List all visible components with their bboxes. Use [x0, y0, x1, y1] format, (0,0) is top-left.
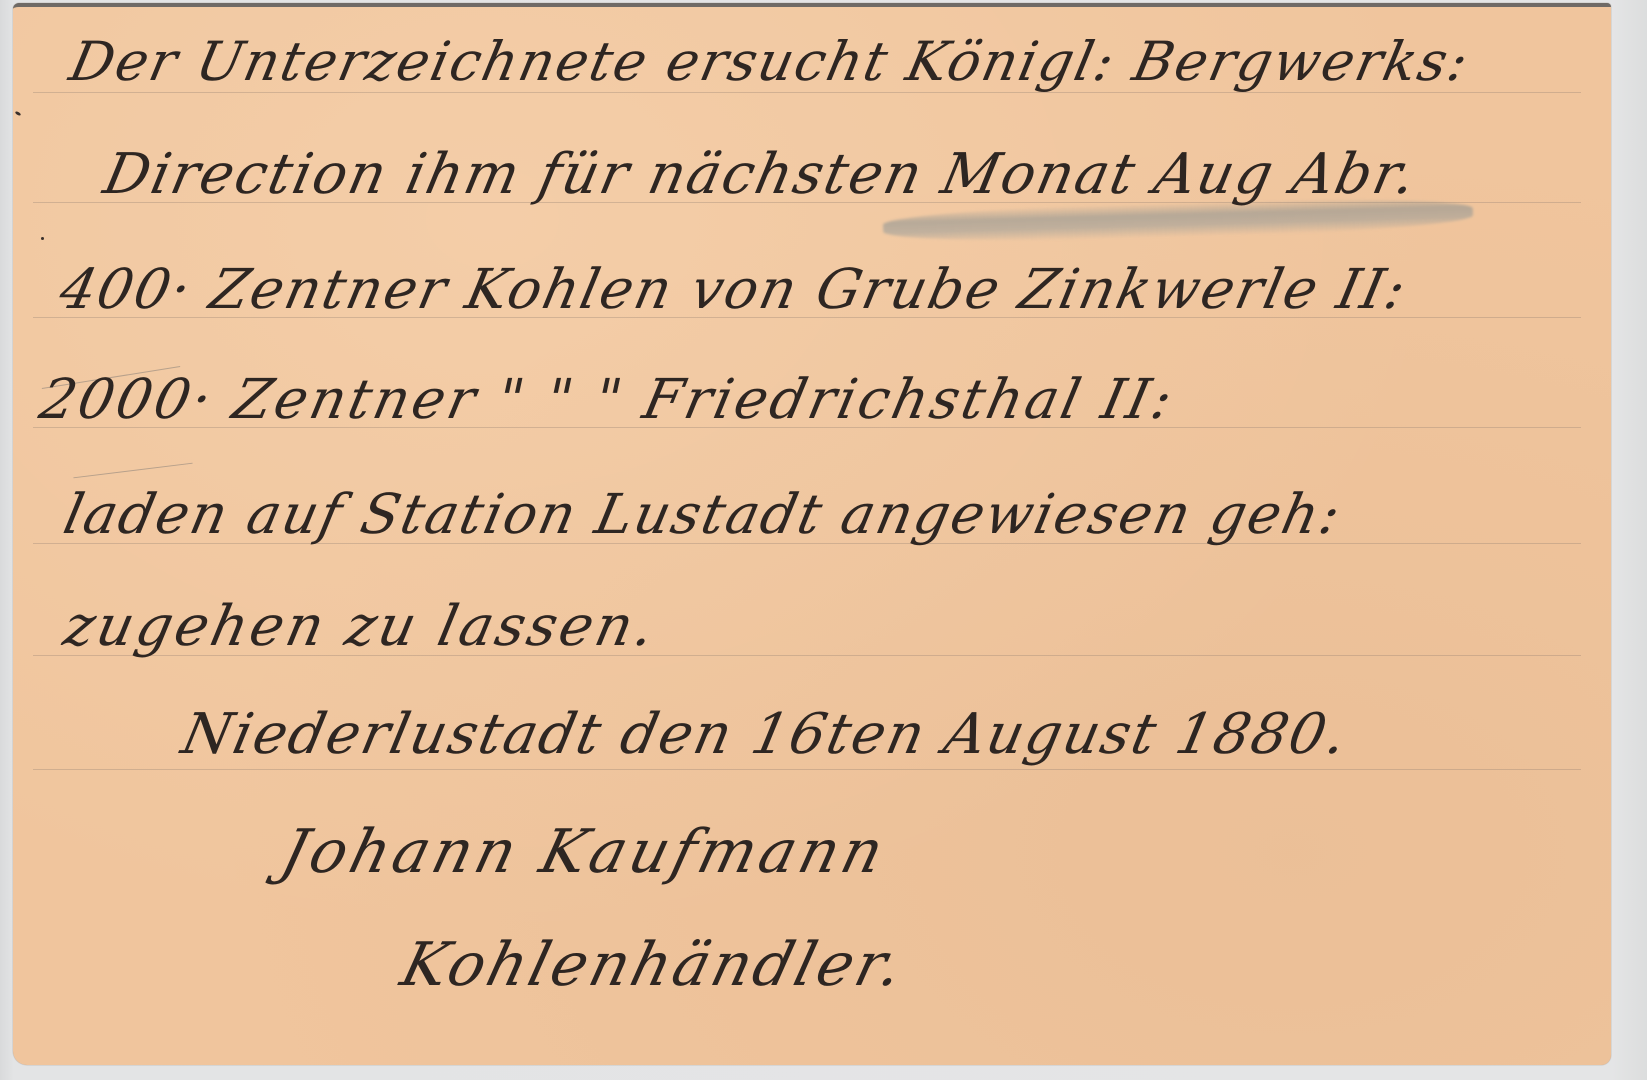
- letter-line-3-order-item: 400· Zentner Kohlen von Grube Zinkwerle …: [55, 262, 1412, 317]
- letter-line-6: zugehen zu lassen.: [59, 599, 662, 655]
- letter-line-2: Direction ihm für nächsten Monat Aug Abr…: [99, 147, 1422, 203]
- pencil-mark: [73, 463, 192, 479]
- signature-name: Johann Kaufmann: [276, 822, 893, 882]
- letter-line-1: Der Unterzeichnete ersucht Königl: Bergw…: [65, 35, 1474, 89]
- dateline: Niederlustadt den 16ten August 1880.: [177, 707, 1353, 763]
- letter-line-4-order-item: 2000· Zentner " " " Friedrichsthal II:: [35, 372, 1180, 427]
- ink-speck: [15, 111, 22, 117]
- postcard: Der Unterzeichnete ersucht Königl: Bergw…: [13, 3, 1611, 1065]
- ruled-line: [33, 769, 1581, 770]
- ink-speck: [41, 237, 44, 240]
- letter-line-5: laden auf Station Lustadt angewiesen geh…: [59, 487, 1347, 542]
- signature-occupation: Kohlenhändler.: [396, 935, 912, 995]
